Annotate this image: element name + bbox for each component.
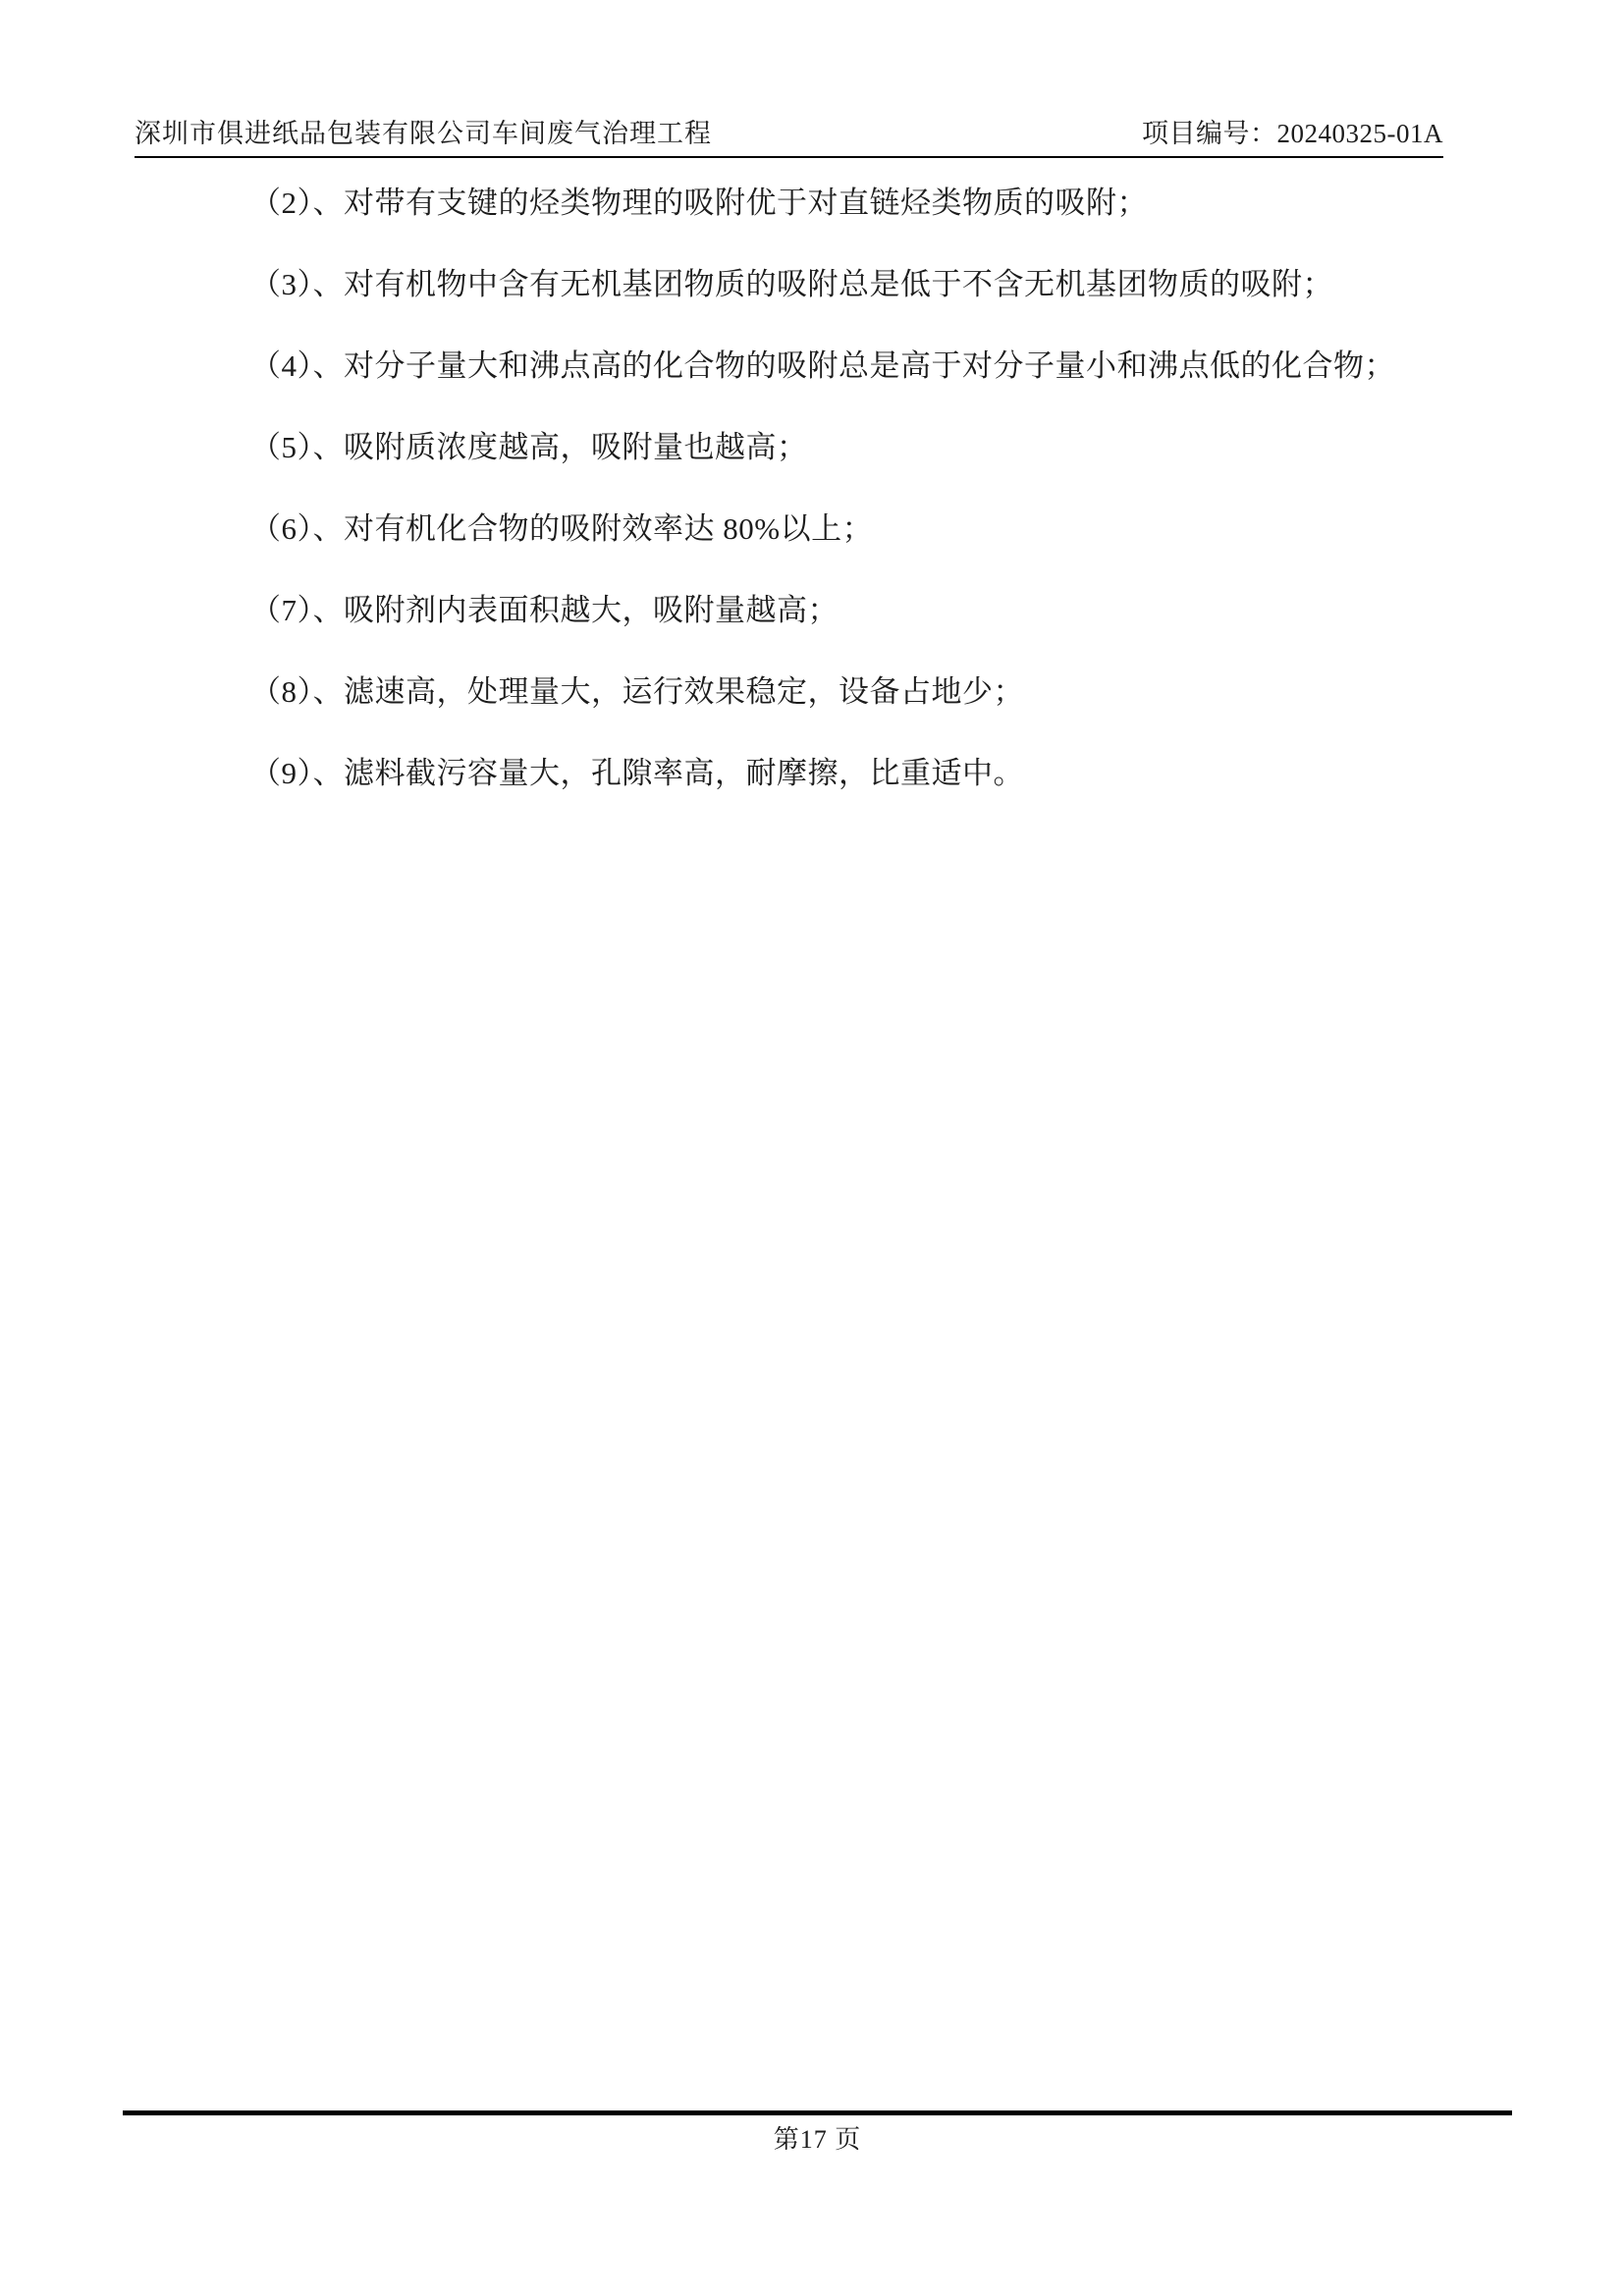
- adsorption-points-list: （2）、对带有支键的烃类物理的吸附优于对直链烃类物质的吸附；（3）、对有机物中含…: [250, 185, 1545, 836]
- page-header: 深圳市俱进纸品包装有限公司车间废气治理工程 项目编号：20240325-01A: [135, 112, 1443, 158]
- header-project-number: 项目编号：20240325-01A: [1142, 112, 1443, 150]
- list-item: （9）、滤料截污容量大，孔隙率高，耐摩擦，比重适中。: [250, 755, 1545, 791]
- header-title: 深圳市俱进纸品包装有限公司车间废气治理工程: [135, 112, 712, 150]
- list-item: （8）、滤速高，处理量大，运行效果稳定，设备占地少；: [250, 673, 1545, 710]
- document-page: 深圳市俱进纸品包装有限公司车间废气治理工程 项目编号：20240325-01A …: [0, 0, 1624, 2296]
- list-item: （5）、吸附质浓度越高，吸附量也越高；: [250, 429, 1545, 465]
- list-item: （3）、对有机物中含有无机基团物质的吸附总是低于不含无机基团物质的吸附；: [250, 266, 1545, 302]
- page-number: 第17 页: [774, 2125, 862, 2154]
- list-item: （4）、对分子量大和沸点高的化合物的吸附总是高于对分子量小和沸点低的化合物；: [250, 347, 1545, 384]
- list-item: （2）、对带有支键的烃类物理的吸附优于对直链烃类物质的吸附；: [250, 185, 1545, 221]
- page-footer: 第17 页: [123, 2110, 1512, 2156]
- list-item: （6）、对有机化合物的吸附效率达 80%以上；: [250, 510, 1545, 547]
- list-item: （7）、吸附剂内表面积越大，吸附量越高；: [250, 592, 1545, 628]
